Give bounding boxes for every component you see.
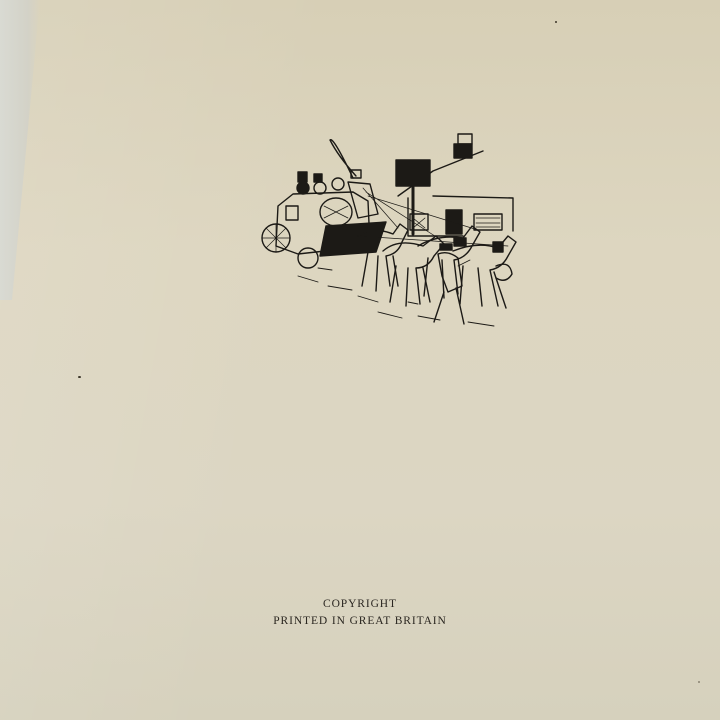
underlying-sheet-edge — [0, 0, 40, 300]
imprint-block: COPYRIGHT PRINTED IN GREAT BRITAIN — [0, 596, 720, 630]
paper-speck — [78, 376, 81, 378]
paper-speck — [698, 681, 700, 683]
paper-speck — [555, 21, 557, 23]
stagecoach-illustration — [258, 126, 526, 338]
book-page: COPYRIGHT PRINTED IN GREAT BRITAIN — [0, 0, 720, 720]
copyright-line: COPYRIGHT — [0, 596, 720, 613]
printed-in-line: PRINTED IN GREAT BRITAIN — [0, 613, 720, 630]
